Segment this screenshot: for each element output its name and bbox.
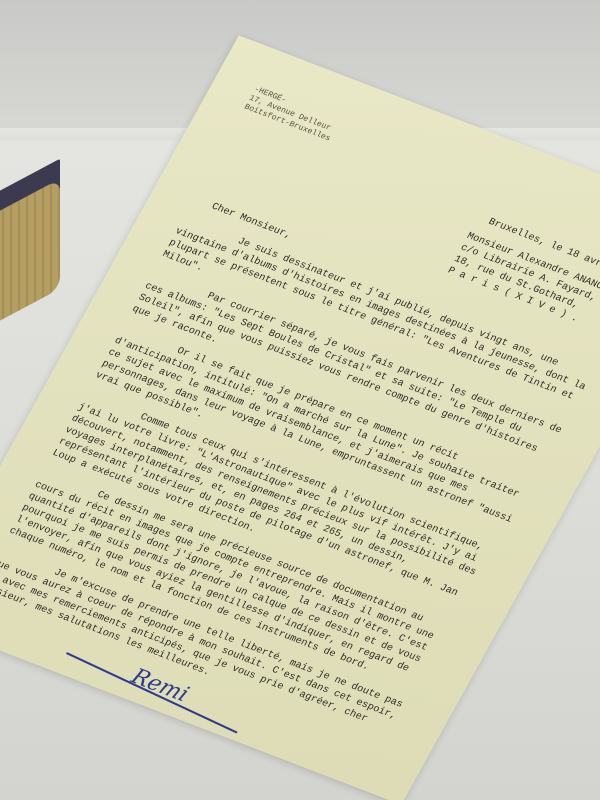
letter-body: -HERGÉ- 17, Avenue Delleur Boitsfort-Bru…	[0, 85, 600, 778]
letter-paper: -HERGÉ- 17, Avenue Delleur Boitsfort-Bru…	[0, 35, 600, 800]
book	[0, 153, 70, 366]
